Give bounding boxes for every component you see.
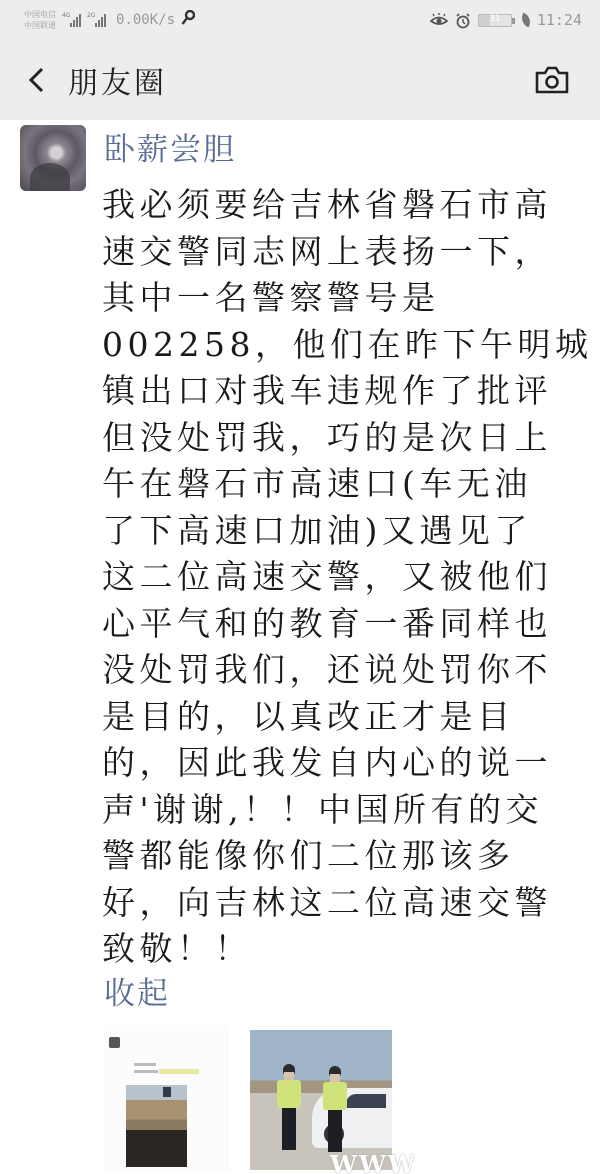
signal-1-tag: 4G <box>62 12 70 19</box>
post-line: 其中一名警察警号是 <box>102 275 582 322</box>
post-line: 这二位高速交警，又被他们 <box>102 554 582 601</box>
nav-bar: 朋友圈 <box>0 40 600 120</box>
post-image-1[interactable] <box>104 1025 230 1171</box>
post-line: 好，向吉林这二位高速交警 <box>102 880 582 927</box>
post-line: 没处罚我们，还说处罚你不 <box>102 647 582 694</box>
post-line: 速交警同志网上表扬一下， <box>102 229 582 276</box>
shared-photo <box>126 1085 187 1167</box>
network-speed: 0.00K/s <box>116 12 175 28</box>
key-icon <box>181 10 195 30</box>
shared-avatar-icon <box>109 1037 120 1048</box>
post-line: 是目的，以真改正才是目 <box>102 694 582 741</box>
clock: 11:24 <box>537 11 582 29</box>
post-line: 但没处罚我，巧的是次日上 <box>102 415 582 462</box>
watermark: WWW <box>330 1150 417 1174</box>
camera-icon <box>534 64 570 96</box>
status-bar: 中国电信 中国联通 4G 2G 0.00K/s 31 11:24 <box>0 0 600 40</box>
post-line: 我必须要给吉林省磐石市高 <box>102 182 582 229</box>
post-line: 声'谢谢,！！中国所有的交 <box>102 787 582 834</box>
moments-post: 卧薪尝胆 我必须要给吉林省磐石市高 速交警同志网上表扬一下， 其中一名警察警号是… <box>0 120 600 1174</box>
post-line: 镇出口对我车违规作了批评 <box>102 368 582 415</box>
author-avatar[interactable] <box>20 125 86 191</box>
power-saving-leaf-icon <box>519 13 533 28</box>
carrier-2: 中国联通 <box>24 20 56 31</box>
signal-icon-1: 4G <box>62 13 81 27</box>
alarm-icon <box>454 13 472 27</box>
chevron-left-icon <box>26 66 46 94</box>
post-line: 午在磐石市高速口(车无油 <box>102 461 582 508</box>
post-line: 002258，他们在昨下午明城 <box>102 322 582 369</box>
post-line: 心平气和的教育一番同样也 <box>102 601 582 648</box>
post-line: 致敬！！ <box>102 926 582 973</box>
officer-figure <box>322 1066 348 1152</box>
post-line: 警都能像你们二位那该多 <box>102 833 582 880</box>
back-button[interactable] <box>6 40 66 120</box>
carrier-1: 中国电信 <box>24 9 56 20</box>
signal-2-tag: 2G <box>87 12 95 19</box>
status-left: 中国电信 中国联通 4G 2G 0.00K/s <box>24 9 195 31</box>
officer-figure <box>276 1064 302 1150</box>
author-name[interactable]: 卧薪尝胆 <box>104 130 236 170</box>
status-right: 31 11:24 <box>430 11 582 29</box>
battery-icon: 31 <box>478 14 512 27</box>
post-line: 了下高速口加油)又遇见了 <box>102 508 582 555</box>
battery-level: 31 <box>479 14 511 24</box>
carrier-names: 中国电信 中国联通 <box>24 9 56 31</box>
camera-button[interactable] <box>534 64 570 96</box>
signal-icon-2: 2G <box>87 13 106 27</box>
collapse-link[interactable]: 收起 <box>104 968 170 1013</box>
post-line: 的，因此我发自内心的说一 <box>102 740 582 787</box>
page-title: 朋友圈 <box>68 58 167 102</box>
post-image-2[interactable] <box>250 1030 392 1170</box>
eye-comfort-icon <box>430 13 448 27</box>
post-text: 我必须要给吉林省磐石市高 速交警同志网上表扬一下， 其中一名警察警号是 0022… <box>102 182 582 973</box>
